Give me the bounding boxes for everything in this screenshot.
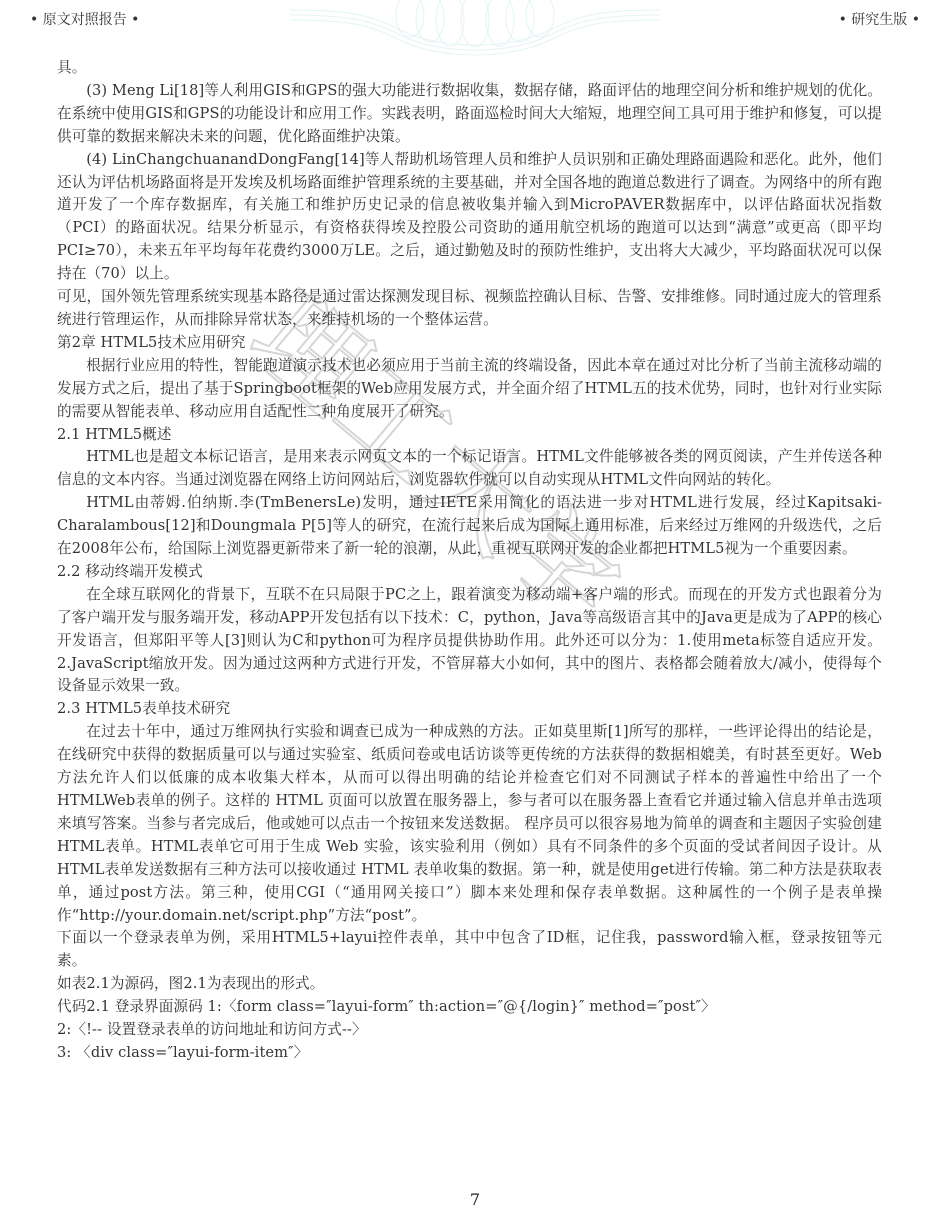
document-body: 具。 (3) Meng Li[18]等人利用GIS和GPS的强大功能进行数据收集… bbox=[57, 57, 882, 1065]
edition-label: • 研究生版 • bbox=[839, 9, 920, 29]
paragraph-meng-li: (3) Meng Li[18]等人利用GIS和GPS的强大功能进行数据收集，数据… bbox=[57, 80, 882, 149]
code-line-3: 3: 〈div class=″layui-form-item″〉 bbox=[57, 1042, 882, 1065]
paragraph-continuation: 具。 bbox=[57, 57, 882, 80]
report-label: • 原文对照报告 • bbox=[30, 9, 139, 29]
paragraph-html-forms: 在过去十年中，通过万维网执行实验和调查已成为一种成熟的方法。正如莫里斯[1]所写… bbox=[57, 721, 882, 927]
section-heading-2-2: 2.2 移动终端开发模式 bbox=[57, 561, 882, 584]
paragraph-mobile-dev: 在全球互联网化的背景下，互联不在只局限于PC之上，跟着演变为移动端+客户端的形式… bbox=[57, 584, 882, 699]
chapter-heading: 第2章 HTML5技术应用研究 bbox=[57, 332, 882, 355]
section-heading-2-3: 2.3 HTML5表单技术研究 bbox=[57, 698, 882, 721]
paragraph-login-example: 下面以一个登录表单为例，采用HTML5+layui控件表单，其中中包含了ID框，… bbox=[57, 927, 882, 973]
paragraph-html-history: HTML由蒂姆.伯纳斯.李(TmBenersLe)发明，通过IETE采用简化的语… bbox=[57, 492, 882, 561]
page-header: • 原文对照报告 • • 研究生版 • bbox=[30, 9, 920, 31]
section-heading-2-1: 2.1 HTML5概述 bbox=[57, 424, 882, 447]
code-line-2: 2:〈!-- 设置登录表单的访问地址和访问方式--〉 bbox=[57, 1019, 882, 1042]
page-number: 7 bbox=[0, 1190, 950, 1209]
paragraph-html-overview: HTML也是超文本标记语言，是用来表示网页文本的一个标记语言。HTML文件能够被… bbox=[57, 446, 882, 492]
code-line-1: 代码2.1 登录界面源码 1:〈form class=″layui-form″ … bbox=[57, 996, 882, 1019]
paragraph-lin-changchuan: (4) LinChangchuanandDongFang[14]等人帮助机场管理… bbox=[57, 149, 882, 286]
paragraph-summary: 可见，国外领先管理系统实现基本路径是通过雷达探测发现目标、视频监控确认目标、告警… bbox=[57, 286, 882, 332]
paragraph-chapter-intro: 根据行业应用的特性，智能跑道演示技术也必须应用于当前主流的终端设备，因此本章在通… bbox=[57, 355, 882, 424]
paragraph-source-ref: 如表2.1为源码，图2.1为表现出的形式。 bbox=[57, 973, 882, 996]
